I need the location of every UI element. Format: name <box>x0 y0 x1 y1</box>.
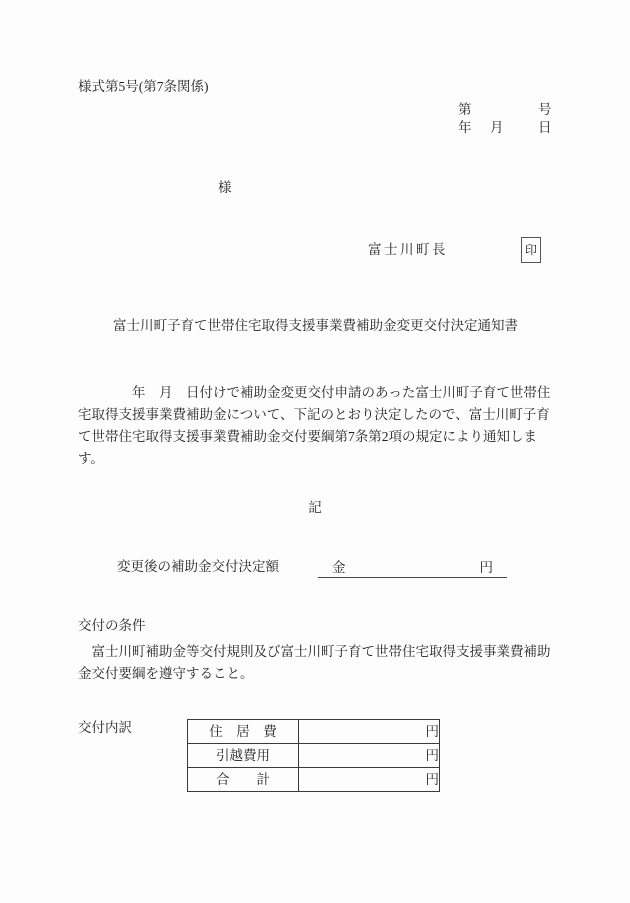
seal-box: 印 <box>521 237 541 263</box>
doc-number-prefix: 第 <box>458 103 472 117</box>
conditions-line: 富士川町補助金等交付規則及び富士川町子育て世帯住宅取得支援事業費補助 <box>78 641 560 663</box>
conditions-paragraph: 富士川町補助金等交付規則及び富士川町子育て世帯住宅取得支援事業費補助 金交付要綱… <box>78 641 560 685</box>
item-cell: 合 計 <box>188 768 299 792</box>
amount-label: 変更後の補助金交付決定額 <box>117 560 279 574</box>
breakdown-table: 住 居 費 円 引越費用 円 合 計 円 <box>187 719 440 792</box>
value-cell: 円 <box>299 720 440 744</box>
date-month-label: 月 <box>490 121 504 135</box>
form-number: 様式第5号(第7条関係) <box>78 80 209 94</box>
item-cell: 住 居 費 <box>188 720 299 744</box>
conditions-line: 金交付要綱を遵守すること。 <box>78 663 560 685</box>
document-title: 富士川町子育て世帯住宅取得支援事業費補助金変更交付決定通知書 <box>113 319 518 333</box>
table-row: 引越費用 円 <box>188 744 440 768</box>
item-cell: 引越費用 <box>188 744 299 768</box>
ki-marker: 記 <box>0 501 630 515</box>
amount-unit-suffix: 円 <box>480 561 494 575</box>
amount-currency-prefix: 金 <box>332 561 346 575</box>
value-cell: 円 <box>299 744 440 768</box>
date-year-label: 年 <box>458 121 472 135</box>
value-cell: 円 <box>299 768 440 792</box>
table-row: 合 計 円 <box>188 768 440 792</box>
body-line: 宅取得支援事業費補助金について、下記のとおり決定したので、富士川町子育 <box>78 404 560 426</box>
sender-name: 富士川町長 <box>368 243 448 257</box>
amount-underline: 金 円 <box>318 558 507 578</box>
document-page: 様式第5号(第7条関係) 第 号 年 月 日 様 富士川町長 印 富士川町子育て… <box>0 0 630 903</box>
body-paragraph: 年 月 日付けで補助金変更交付申請のあった富士川町子育て世帯住 宅取得支援事業費… <box>78 382 560 470</box>
body-line: 年 月 日付けで補助金変更交付申請のあった富士川町子育て世帯住 <box>78 382 560 404</box>
table-row: 住 居 費 円 <box>188 720 440 744</box>
doc-number-suffix: 号 <box>538 103 552 117</box>
body-line: す。 <box>78 448 560 470</box>
breakdown-label: 交付内訳 <box>78 721 132 735</box>
addressee-suffix: 様 <box>218 181 232 195</box>
body-line: て世帯住宅取得支援事業費補助金交付要綱第7条第2項の規定により通知しま <box>78 426 560 448</box>
conditions-heading: 交付の条件 <box>78 619 146 633</box>
seal-label: 印 <box>525 244 537 256</box>
date-day-label: 日 <box>538 121 552 135</box>
